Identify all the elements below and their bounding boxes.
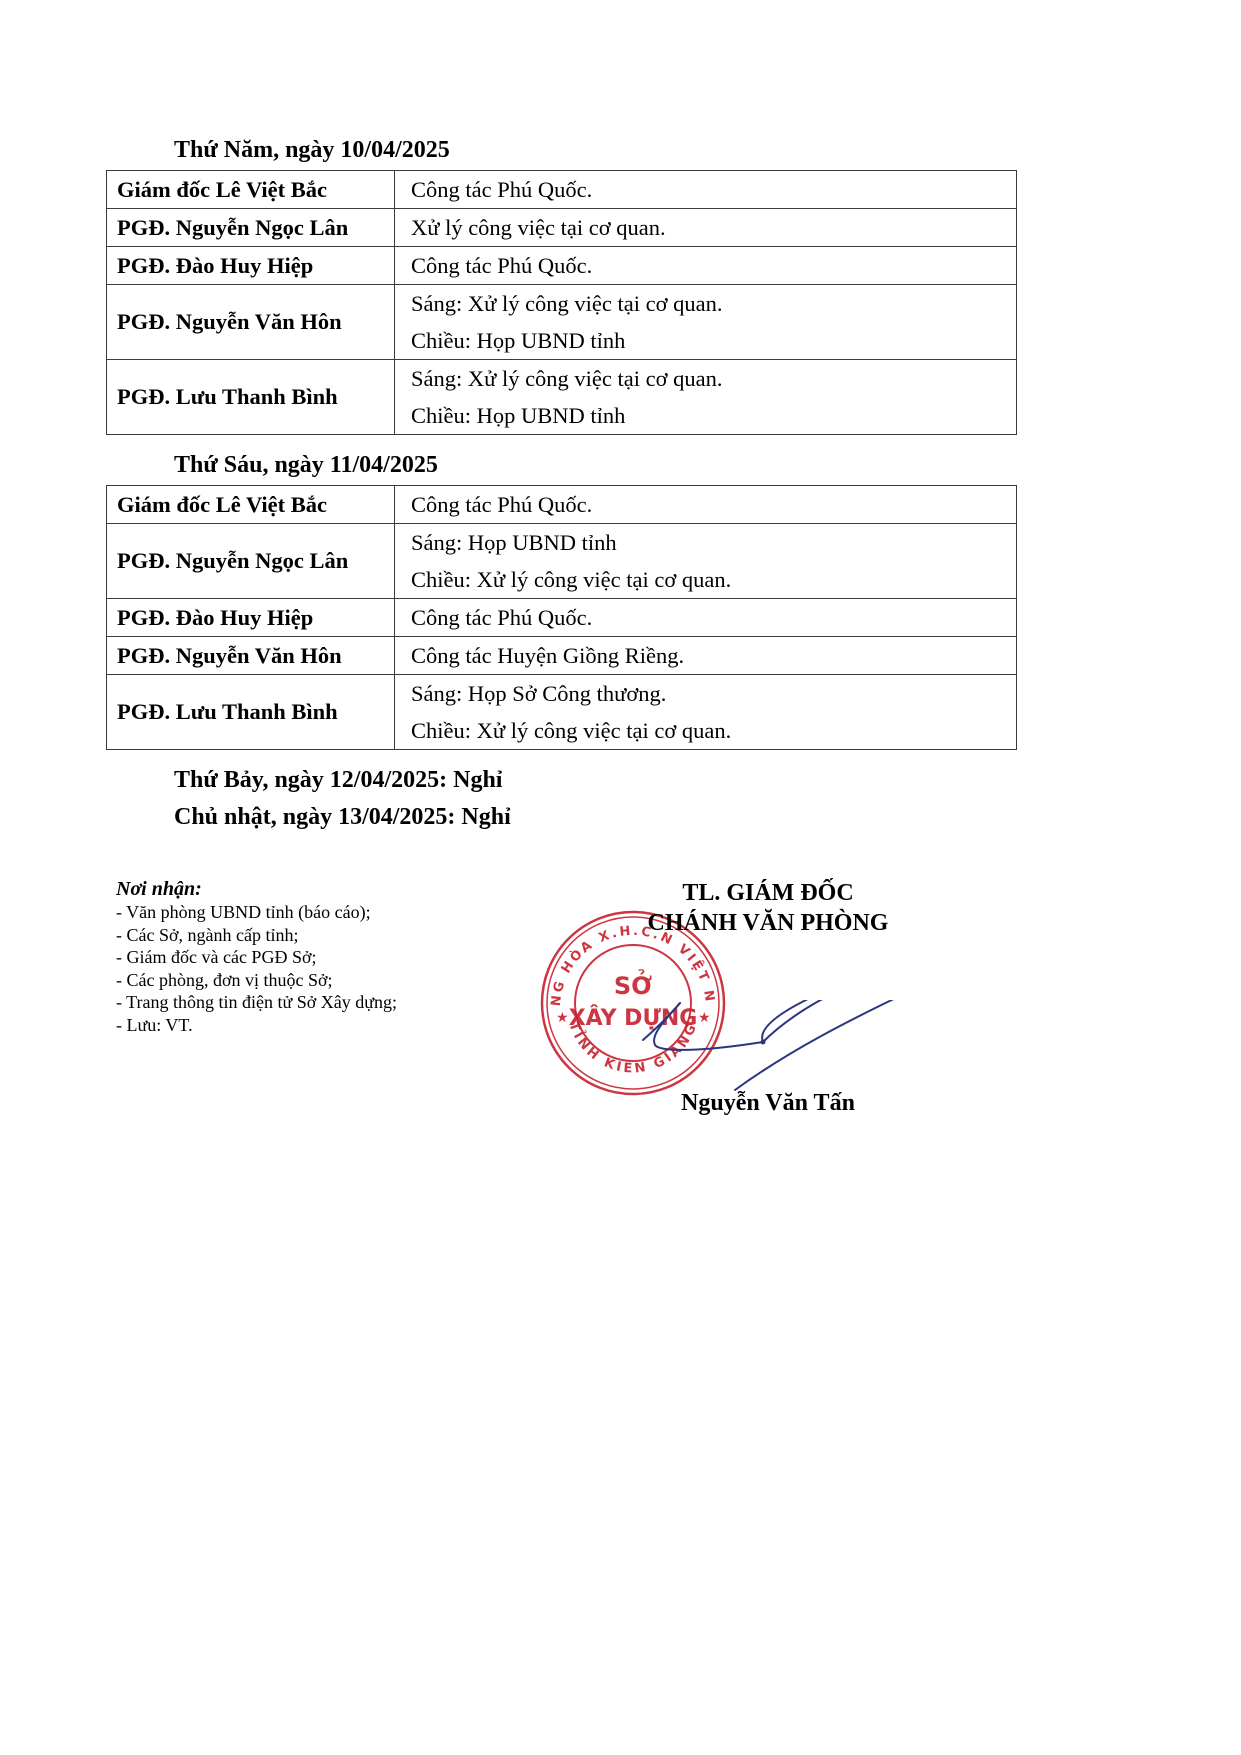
task-line: Công tác Huyện Giồng Riềng. <box>411 637 1016 674</box>
task-cell: Công tác Phú Quốc. <box>395 486 1017 524</box>
task-cell: Sáng: Họp Sở Công thương.Chiều: Xử lý cô… <box>395 675 1017 750</box>
signature-title-line1: TL. GIÁM ĐỐC <box>588 878 948 908</box>
day-heading-thursday: Thứ Năm, ngày 10/04/2025 <box>174 136 450 164</box>
schedule-row: PGĐ. Đào Huy HiệpCông tác Phú Quốc. <box>107 599 1017 637</box>
official-name: PGĐ. Lưu Thanh Bình <box>107 675 395 750</box>
official-name: PGĐ. Lưu Thanh Bình <box>107 360 395 435</box>
signer-name: Nguyễn Văn Tấn <box>588 1088 948 1118</box>
schedule-row: PGĐ. Nguyễn Văn HônCông tác Huyện Giồng … <box>107 637 1017 675</box>
recipients-block: Nơi nhận: - Văn phòng UBND tỉnh (báo cáo… <box>116 877 397 1036</box>
recipient-item: - Các phòng, đơn vị thuộc Sở; <box>116 969 397 992</box>
task-line: Chiều: Xử lý công việc tại cơ quan. <box>411 712 1016 749</box>
schedule-table-friday: Giám đốc Lê Việt BắcCông tác Phú Quốc.PG… <box>106 485 1017 750</box>
recipient-item: - Lưu: VT. <box>116 1014 397 1037</box>
schedule-row: PGĐ. Nguyễn Văn HônSáng: Xử lý công việc… <box>107 285 1017 360</box>
official-name: PGĐ. Nguyễn Ngọc Lân <box>107 209 395 247</box>
task-line: Công tác Phú Quốc. <box>411 599 1016 636</box>
task-line: Công tác Phú Quốc. <box>411 171 1016 208</box>
schedule-row: PGĐ. Đào Huy HiệpCông tác Phú Quốc. <box>107 247 1017 285</box>
recipients-title: Nơi nhận: <box>116 877 397 901</box>
official-name: Giám đốc Lê Việt Bắc <box>107 171 395 209</box>
schedule-table-thursday: Giám đốc Lê Việt BắcCông tác Phú Quốc.PG… <box>106 170 1017 435</box>
schedule-row: PGĐ. Lưu Thanh BìnhSáng: Xử lý công việc… <box>107 360 1017 435</box>
task-cell: Xử lý công việc tại cơ quan. <box>395 209 1017 247</box>
svg-text:SỞ: SỞ <box>614 967 652 1000</box>
schedule-row: PGĐ. Nguyễn Ngọc LânXử lý công việc tại … <box>107 209 1017 247</box>
official-name: PGĐ. Đào Huy Hiệp <box>107 247 395 285</box>
task-cell: Sáng: Họp UBND tỉnhChiều: Xử lý công việ… <box>395 524 1017 599</box>
recipient-item: - Văn phòng UBND tỉnh (báo cáo); <box>116 901 397 924</box>
task-line: Sáng: Họp Sở Công thương. <box>411 675 1016 712</box>
task-line: Sáng: Họp UBND tỉnh <box>411 524 1016 561</box>
task-line: Sáng: Xử lý công việc tại cơ quan. <box>411 285 1016 322</box>
task-line: Sáng: Xử lý công việc tại cơ quan. <box>411 360 1016 397</box>
official-name: PGĐ. Nguyễn Văn Hôn <box>107 285 395 360</box>
task-line: Chiều: Họp UBND tỉnh <box>411 397 1016 434</box>
task-cell: Công tác Phú Quốc. <box>395 599 1017 637</box>
schedule-row: PGĐ. Lưu Thanh BìnhSáng: Họp Sở Công thư… <box>107 675 1017 750</box>
task-cell: Công tác Phú Quốc. <box>395 247 1017 285</box>
svg-text:★: ★ <box>556 1010 569 1026</box>
task-line: Chiều: Xử lý công việc tại cơ quan. <box>411 561 1016 598</box>
task-cell: Sáng: Xử lý công việc tại cơ quan.Chiều:… <box>395 360 1017 435</box>
schedule-row: PGĐ. Nguyễn Ngọc LânSáng: Họp UBND tỉnhC… <box>107 524 1017 599</box>
task-line: Xử lý công việc tại cơ quan. <box>411 209 1016 246</box>
official-name: PGĐ. Nguyễn Văn Hôn <box>107 637 395 675</box>
weekend-sunday: Chủ nhật, ngày 13/04/2025: Nghỉ <box>174 803 511 831</box>
task-line: Công tác Phú Quốc. <box>411 247 1016 284</box>
recipient-item: - Giám đốc và các PGĐ Sở; <box>116 946 397 969</box>
task-cell: Sáng: Xử lý công việc tại cơ quan.Chiều:… <box>395 285 1017 360</box>
official-name: Giám đốc Lê Việt Bắc <box>107 486 395 524</box>
official-name: PGĐ. Đào Huy Hiệp <box>107 599 395 637</box>
recipient-item: - Các Sở, ngành cấp tỉnh; <box>116 924 397 947</box>
schedule-row: Giám đốc Lê Việt BắcCông tác Phú Quốc. <box>107 171 1017 209</box>
schedule-row: Giám đốc Lê Việt BắcCông tác Phú Quốc. <box>107 486 1017 524</box>
signature-title-line2: CHÁNH VĂN PHÒNG <box>588 908 948 938</box>
day-heading-friday: Thứ Sáu, ngày 11/04/2025 <box>174 451 438 479</box>
weekend-saturday: Thứ Bảy, ngày 12/04/2025: Nghỉ <box>174 766 502 794</box>
task-cell: Công tác Phú Quốc. <box>395 171 1017 209</box>
recipient-item: - Trang thông tin điện tử Sở Xây dựng; <box>116 991 397 1014</box>
task-line: Chiều: Họp UBND tỉnh <box>411 322 1016 359</box>
signature-title: TL. GIÁM ĐỐC CHÁNH VĂN PHÒNG <box>588 878 948 938</box>
task-cell: Công tác Huyện Giồng Riềng. <box>395 637 1017 675</box>
task-line: Công tác Phú Quốc. <box>411 486 1016 523</box>
official-name: PGĐ. Nguyễn Ngọc Lân <box>107 524 395 599</box>
handwritten-signature-icon <box>640 1000 940 1140</box>
